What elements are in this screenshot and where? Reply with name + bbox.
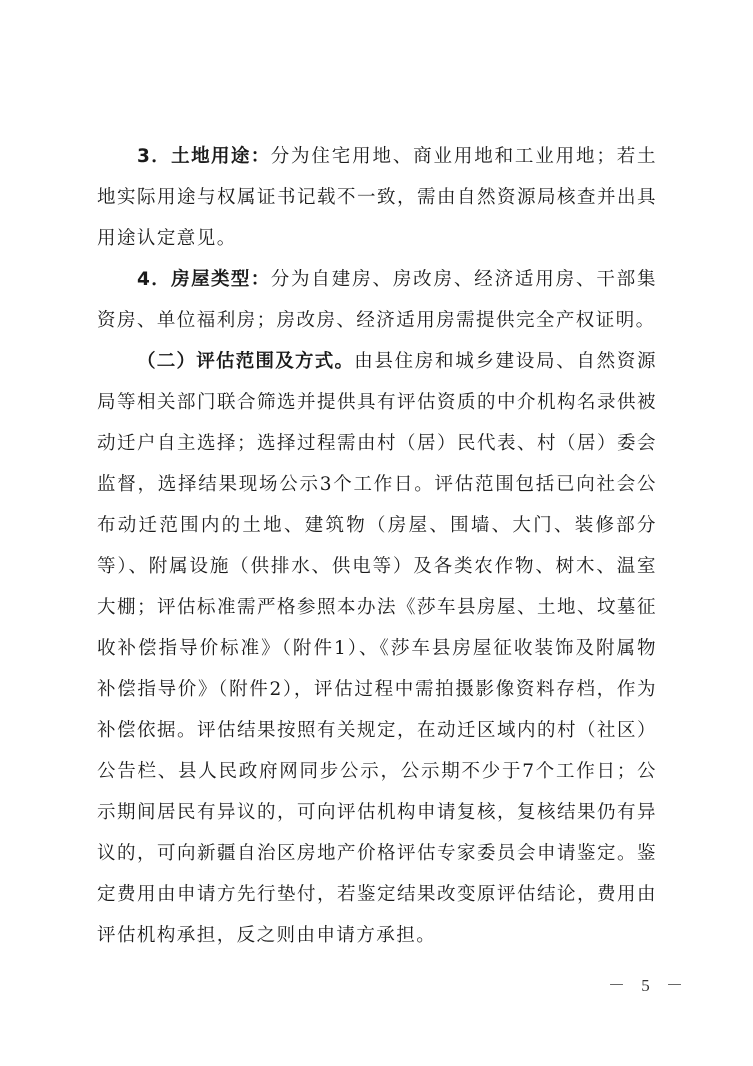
paragraph-land-use: 3．土地用途：分为住宅用地、商业用地和工业用地；若土地实际用途与权属证书记载不一… bbox=[97, 136, 657, 259]
heading-land-use: 3．土地用途： bbox=[137, 146, 271, 167]
paragraph-evaluation-scope-text: 由县住房和城乡建设局、自然资源局等相关部门联合筛选并提供具有评估资质的中介机构名… bbox=[97, 351, 657, 946]
paragraph-evaluation-scope: （二）评估范围及方式。由县住房和城乡建设局、自然资源局等相关部门联合筛选并提供具… bbox=[97, 341, 657, 956]
heading-evaluation-scope: （二）评估范围及方式。 bbox=[137, 351, 354, 372]
document-page: 3．土地用途：分为住宅用地、商业用地和工业用地；若土地实际用途与权属证书记载不一… bbox=[97, 136, 657, 956]
heading-house-type: 4．房屋类型： bbox=[137, 269, 271, 290]
paragraph-house-type: 4．房屋类型：分为自建房、房改房、经济适用房、干部集资房、单位福利房；房改房、经… bbox=[97, 259, 657, 341]
page-number: － 5 － bbox=[608, 971, 689, 996]
